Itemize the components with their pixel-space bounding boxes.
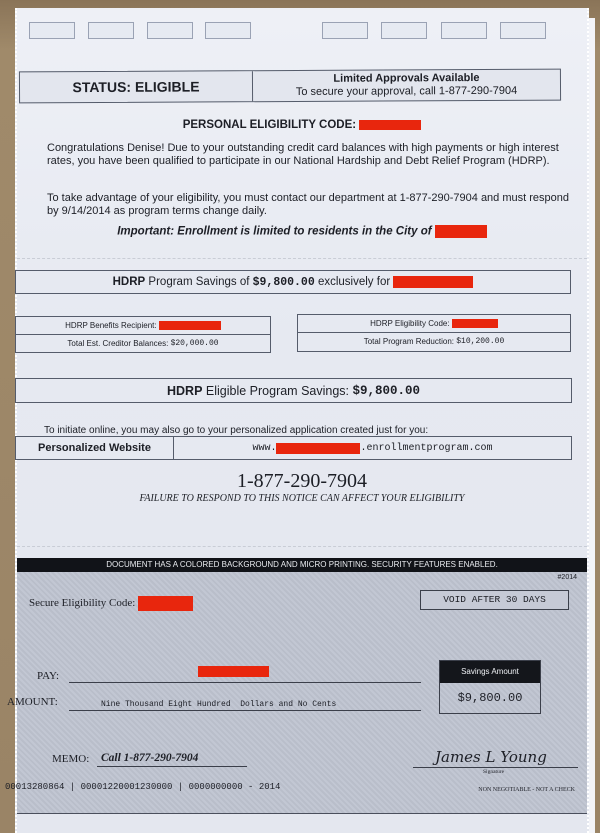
memo-label: MEMO: xyxy=(52,753,89,765)
fold-line xyxy=(17,258,587,260)
limited-title: Limited Approvals Available xyxy=(333,72,479,85)
eligible-savings-amount: $9,800.00 xyxy=(353,384,421,398)
respond-paragraph: To take advantage of your eligibility, y… xyxy=(47,192,577,218)
eligible-savings-text: Eligible Program Savings: xyxy=(206,384,349,398)
pay-label: PAY: xyxy=(37,670,59,682)
personal-eligibility-code: PERSONAL ELIGIBILITY CODE: xyxy=(17,119,587,131)
redacted-eligibility-code xyxy=(452,319,498,328)
recipient-box: HDRP Benefits Recipient: Total Est. Cred… xyxy=(15,316,271,353)
website-suffix: .enrollmentprogram.com xyxy=(360,443,492,454)
savings-text: Program Savings of xyxy=(148,276,249,288)
savings-amount: $9,800.00 xyxy=(253,276,315,289)
code-label: HDRP Eligibility Code: xyxy=(370,319,449,328)
website-label: Personalized Website xyxy=(16,437,174,459)
savings-amount-box: Savings Amount $9,800.00 xyxy=(439,660,541,714)
amount-label: AMOUNT: xyxy=(7,696,58,708)
creditor-value: $20,000.00 xyxy=(171,339,219,348)
savings-amount-label: Savings Amount xyxy=(440,661,540,683)
secure-code-label: Secure Eligibility Code: xyxy=(29,597,135,609)
reduction-row: Total Program Reduction: $10,200.00 xyxy=(298,332,570,350)
security-banner: DOCUMENT HAS A COLORED BACKGROUND AND MI… xyxy=(17,558,587,572)
redacted-subdomain xyxy=(276,443,360,454)
stub-box xyxy=(381,22,427,39)
creditor-label: Total Est. Creditor Balances: xyxy=(67,339,168,348)
website-intro: To initiate online, you may also go to y… xyxy=(44,425,428,436)
stub-box xyxy=(500,22,546,39)
check-number: #2014 xyxy=(558,574,577,581)
important-text: Important: Enrollment is limited to resi… xyxy=(117,226,431,238)
program-savings-banner: HDRP Program Savings of $9,800.00 exclus… xyxy=(15,270,571,294)
secure-line: To secure your approval, call 1-877-290-… xyxy=(296,85,517,98)
pay-line xyxy=(69,682,421,683)
failure-notice: FAILURE TO RESPOND TO THIS NOTICE CAN AF… xyxy=(17,493,587,504)
phone-number: 1-877-290-7904 xyxy=(17,470,587,493)
important-notice: Important: Enrollment is limited to resi… xyxy=(17,225,587,238)
eligibility-code-label: PERSONAL ELIGIBILITY CODE: xyxy=(183,119,356,131)
signature-label: Signature xyxy=(483,769,504,775)
stub-box xyxy=(205,22,251,39)
redacted-recipient xyxy=(159,321,221,330)
stub-boxes xyxy=(17,22,587,42)
perforation-line xyxy=(17,546,587,548)
code-row: HDRP Eligibility Code: xyxy=(298,315,570,332)
eligible-savings-banner: HDRP Eligible Program Savings: $9,800.00 xyxy=(15,378,572,403)
status-label: STATUS: ELIGIBLE xyxy=(20,71,253,102)
memo-line xyxy=(97,766,247,767)
non-negotiable: NON NEGOTIABLE - NOT A CHECK xyxy=(478,787,575,793)
congrats-paragraph: Congratulations Denise! Due to your outs… xyxy=(47,142,577,168)
signature: James L Young xyxy=(435,748,547,766)
micr-line: 00013280864 | 00001220001230000 | 000000… xyxy=(5,782,280,792)
stub-box xyxy=(88,22,134,39)
redacted-name xyxy=(393,276,473,288)
exclusive-text: exclusively for xyxy=(318,276,390,288)
creditor-row: Total Est. Creditor Balances: $20,000.00 xyxy=(16,334,270,352)
stub-box xyxy=(322,22,368,39)
amount-line xyxy=(69,710,421,711)
stub-box xyxy=(441,22,487,39)
website-prefix: www. xyxy=(252,443,276,454)
redacted-payee xyxy=(198,666,269,677)
signature-line xyxy=(413,767,578,768)
check-section: DOCUMENT HAS A COLORED BACKGROUND AND MI… xyxy=(17,558,587,814)
reduction-value: $10,200.00 xyxy=(456,337,504,346)
hdrp-label: HDRP xyxy=(167,384,202,398)
recipient-label: HDRP Benefits Recipient: xyxy=(65,321,156,330)
status-bar: STATUS: ELIGIBLE Limited Approvals Avail… xyxy=(19,69,561,104)
redacted-code xyxy=(359,120,421,130)
recipient-row: HDRP Benefits Recipient: xyxy=(16,317,270,334)
website-row: Personalized Website www. .enrollmentpro… xyxy=(15,436,572,460)
stub-box xyxy=(147,22,193,39)
redacted-city xyxy=(435,225,487,238)
redacted-secure-code xyxy=(138,596,193,611)
stub-box xyxy=(29,22,75,39)
secure-code: Secure Eligibility Code: xyxy=(29,596,193,611)
savings-amount-value: $9,800.00 xyxy=(440,683,540,713)
hdrp-label: HDRP xyxy=(113,276,146,288)
limited-approvals: Limited Approvals Available To secure yo… xyxy=(253,70,560,102)
amount-words: Nine Thousand Eight Hundred Dollars and … xyxy=(101,700,336,709)
code-box: HDRP Eligibility Code: Total Program Red… xyxy=(297,314,571,352)
personalized-website-link[interactable]: www. .enrollmentprogram.com xyxy=(174,437,571,459)
reduction-label: Total Program Reduction: xyxy=(364,337,454,346)
void-notice: VOID AFTER 30 DAYS xyxy=(420,590,569,610)
mailer-document: STATUS: ELIGIBLE Limited Approvals Avail… xyxy=(15,8,589,833)
memo-value: Call 1-877-290-7904 xyxy=(101,752,198,764)
